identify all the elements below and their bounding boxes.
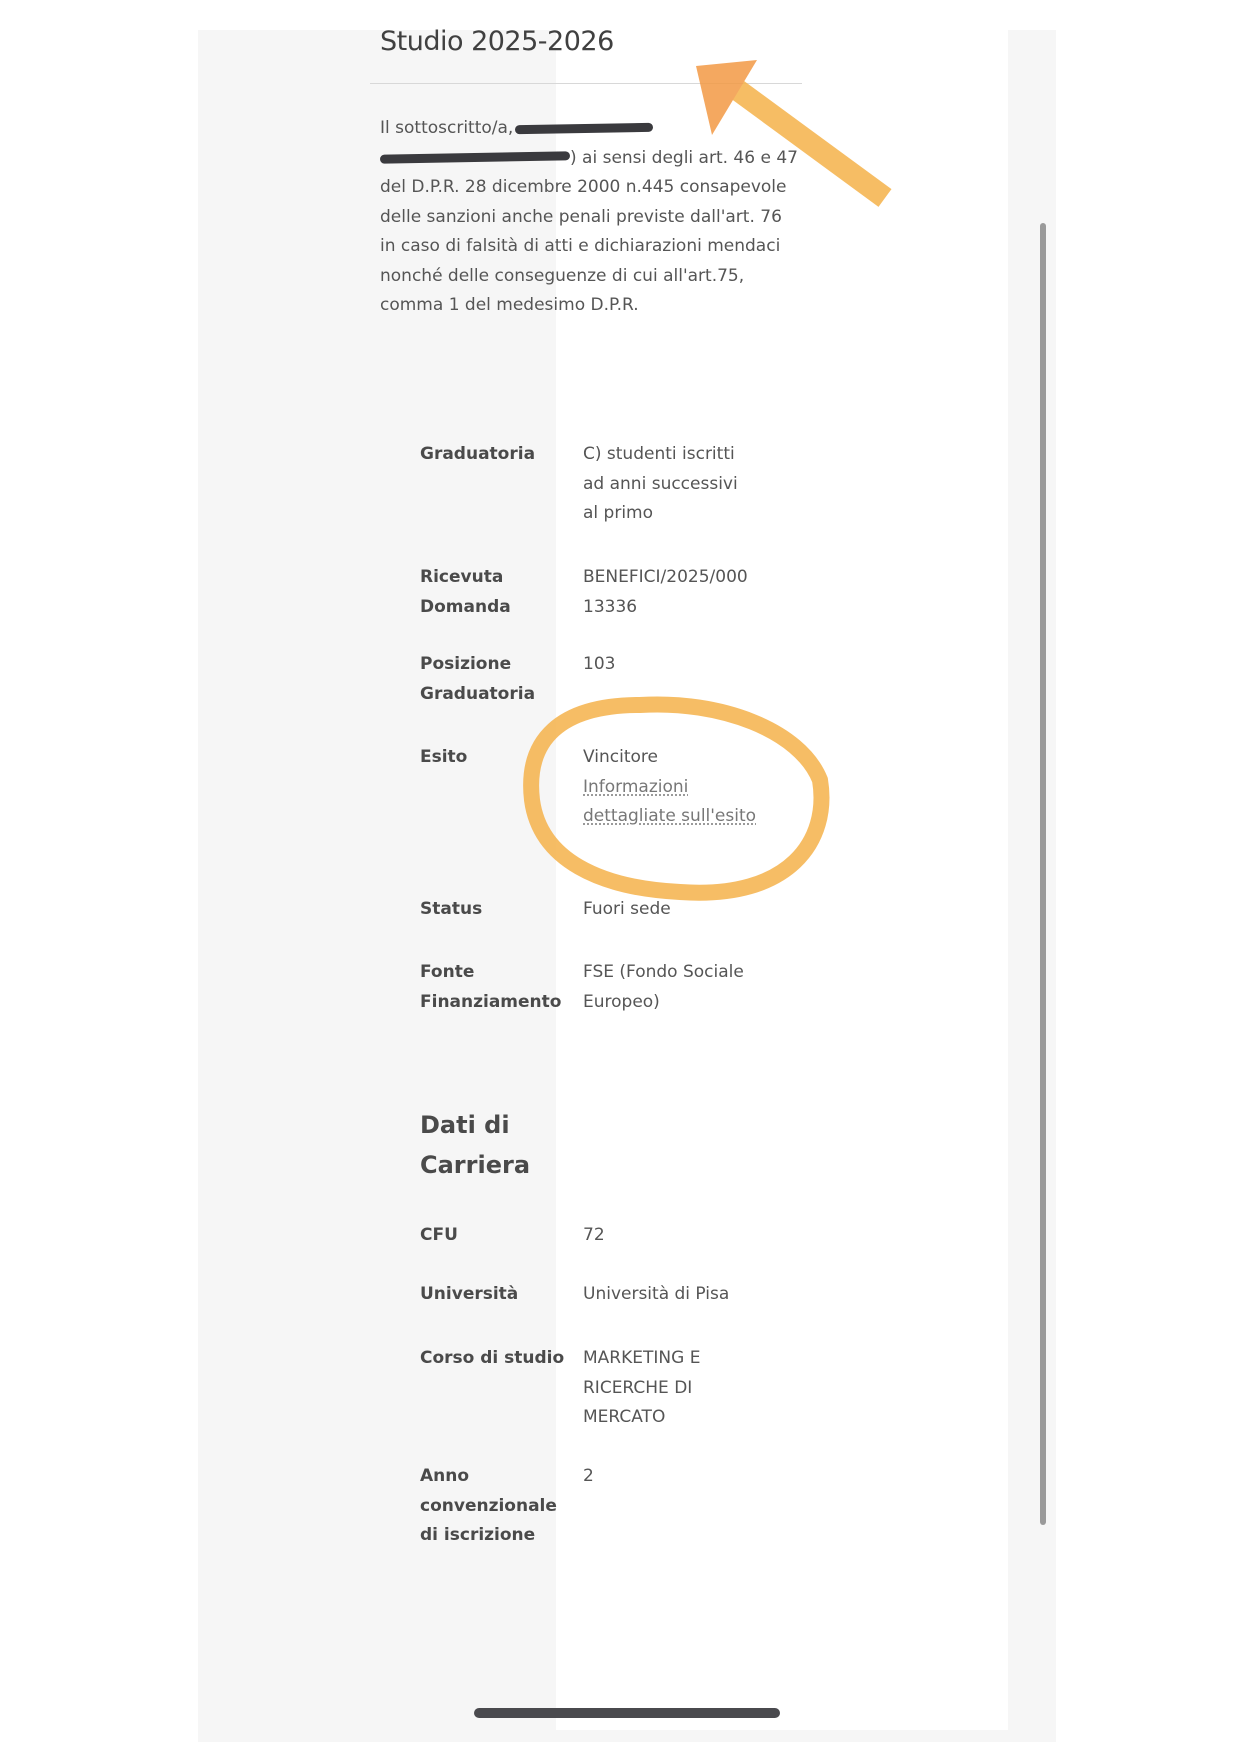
declaration-prefix: Il sottoscritto/a, — [380, 118, 513, 138]
detail-label: Esito — [420, 743, 580, 773]
esito-details-link[interactable]: Informazioni dettagliate sull'esito — [583, 773, 763, 832]
redacted-fiscal-code — [380, 151, 570, 163]
title-divider — [370, 83, 802, 84]
vertical-scrollbar[interactable] — [1040, 223, 1046, 1525]
detail-label: Posizione Graduatoria — [420, 650, 530, 709]
page-title: Studio 2025-2026 — [380, 26, 614, 57]
detail-value: Vincitore Informazioni dettagliate sull'… — [583, 743, 763, 832]
career-value: 72 — [583, 1221, 763, 1251]
detail-label: Graduatoria — [420, 440, 580, 470]
detail-value: C) studenti iscritti ad anni successivi … — [583, 440, 758, 529]
career-value: 2 — [583, 1462, 763, 1492]
detail-label: Fonte Finanziamento — [420, 958, 560, 1017]
esito-value: Vincitore — [583, 747, 658, 767]
detail-label: Status — [420, 895, 580, 925]
career-label: CFU — [420, 1221, 580, 1251]
detail-value: FSE (Fondo Sociale Europeo) — [583, 958, 753, 1017]
career-value: MARKETING E RICERCHE DI MERCATO — [583, 1344, 713, 1433]
career-label: Corso di studio — [420, 1344, 580, 1374]
career-section-title: Dati di Carriera — [420, 1105, 560, 1185]
home-indicator[interactable] — [474, 1708, 780, 1718]
detail-value: Fuori sede — [583, 895, 763, 925]
detail-value: 103 — [583, 650, 763, 680]
career-label: Anno convenzionale di iscrizione — [420, 1462, 570, 1551]
detail-label: Ricevuta Domanda — [420, 563, 590, 622]
career-label: Università — [420, 1280, 580, 1310]
redacted-name — [515, 122, 653, 133]
detail-value: BENEFICI/2025/000 13336 — [583, 563, 758, 622]
declaration-text: Il sottoscritto/a, ) ai sensi degli art.… — [380, 114, 800, 321]
career-value: Università di Pisa — [583, 1280, 763, 1310]
declaration-body: ) ai sensi degli art. 46 e 47 del D.P.R.… — [380, 148, 798, 316]
